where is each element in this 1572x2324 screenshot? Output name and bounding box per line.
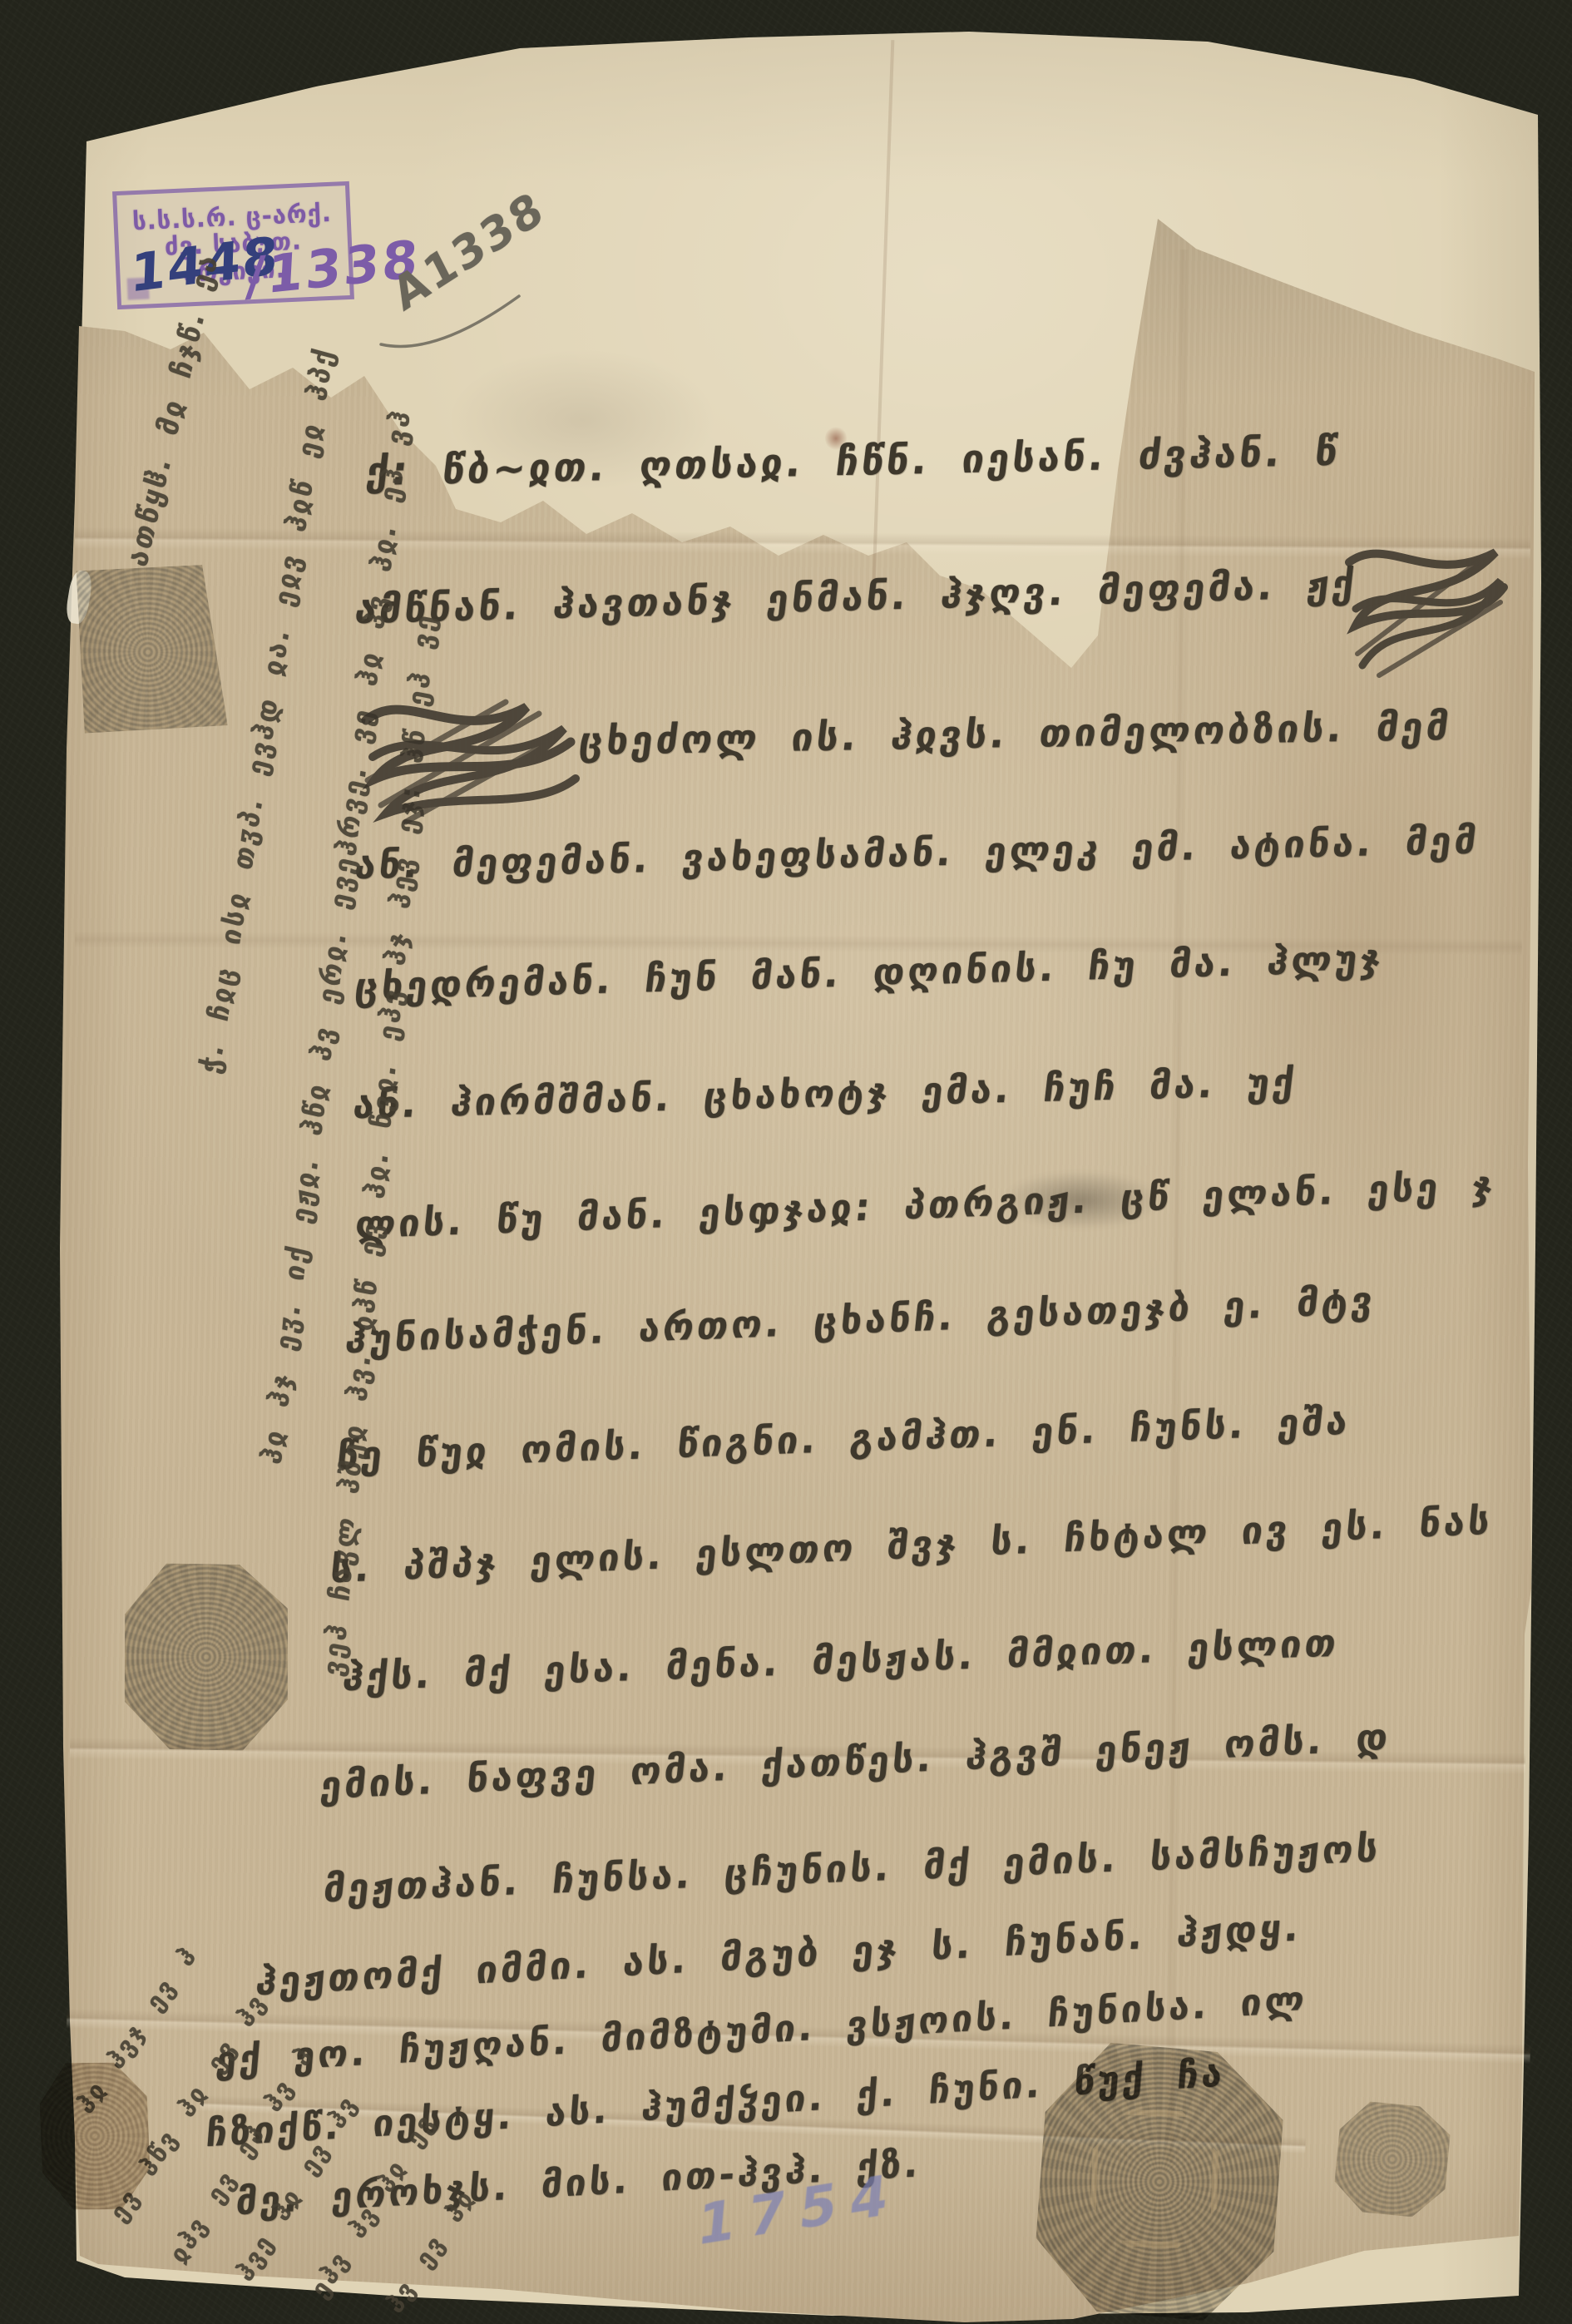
octagon-seal-bottom-right [1333,2100,1452,2219]
seal-face [67,557,228,748]
octagon-seal-bottom-left [35,2058,155,2215]
ink-scribble [356,680,589,855]
square-seal-upper-left [67,557,228,748]
seal-face [35,2058,155,2215]
seal-face [1333,2100,1452,2219]
ink-scribble [1337,529,1512,695]
octagon-seal-bottom-center [1033,2040,1285,2323]
seal-face [120,1560,293,1755]
document-scan: ს.ს.ს.რ. ც-არქ. ძვ. საბუთ. არქივი. 1448 … [0,0,1572,2324]
octagon-seal-mid-left [120,1560,293,1755]
